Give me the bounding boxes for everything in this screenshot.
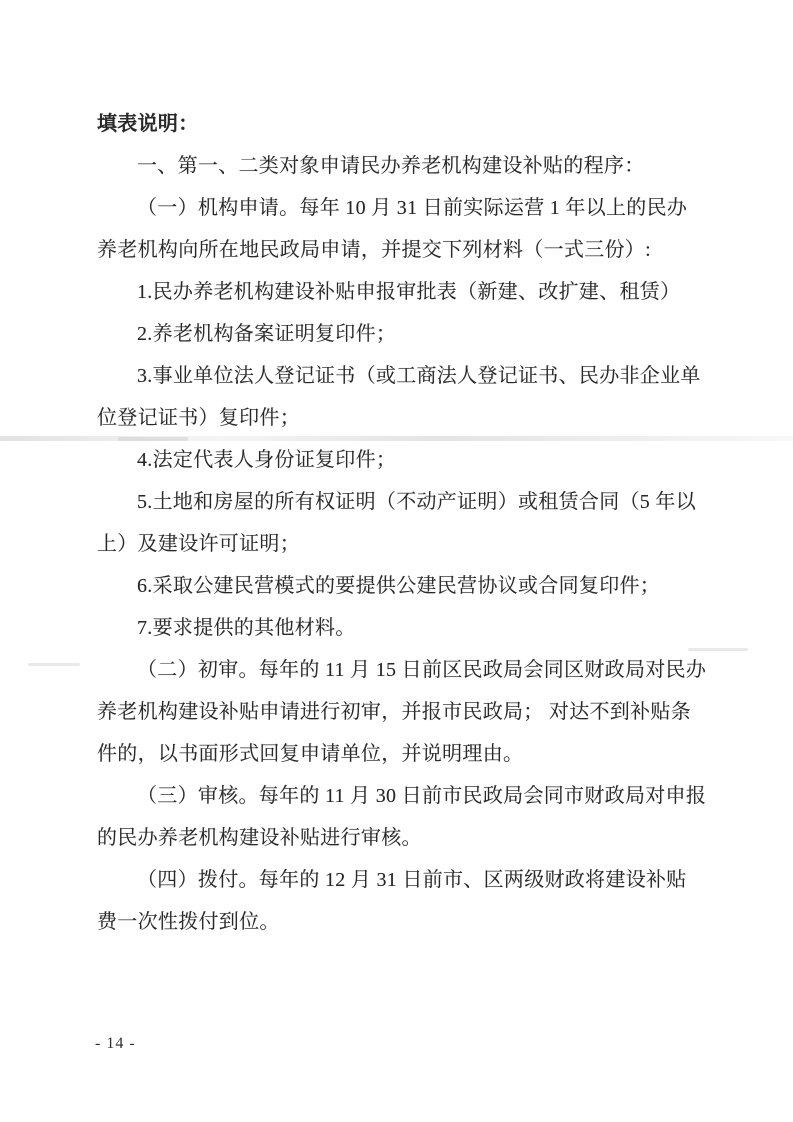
text-line: 养老机构建设补贴申请进行初审，并报市民政局； 对达不到补贴条: [97, 691, 717, 733]
text-line: 费一次性拨付到位。: [97, 901, 717, 943]
text-line: 6.采取公建民营模式的要提供公建民营协议或合同复印件；: [97, 565, 717, 607]
text-line: 养老机构向所在地民政局申请，并提交下列材料（一式三份）:: [97, 229, 717, 271]
document-page: 填表说明： 一、第一、二类对象申请民办养老机构建设补贴的程序： （一）机构申请。…: [0, 0, 793, 1122]
text-line: （一）机构申请。每年 10 月 31 日前实际运营 1 年以上的民办: [97, 187, 717, 229]
text-line: 的民办养老机构建设补贴进行审核。: [97, 817, 717, 859]
document-heading: 填表说明：: [97, 103, 717, 145]
text-line: 7.要求提供的其他材料。: [97, 607, 717, 649]
text-line: （四）拨付。每年的 12 月 31 日前市、区两级财政将建设补贴: [97, 859, 717, 901]
document-body: 填表说明： 一、第一、二类对象申请民办养老机构建设补贴的程序： （一）机构申请。…: [97, 103, 717, 943]
text-line: 1.民办养老机构建设补贴申报审批表（新建、改扩建、租赁）: [97, 271, 717, 313]
text-line: （三）审核。每年的 11 月 30 日前市民政局会同市财政局对申报: [97, 775, 717, 817]
text-line: 一、第一、二类对象申请民办养老机构建设补贴的程序：: [97, 145, 717, 187]
page-number: - 14 -: [95, 1035, 136, 1053]
text-line: 上）及建设许可证明；: [97, 523, 717, 565]
text-line: 4.法定代表人身份证复印件；: [97, 439, 717, 481]
scan-smudge: [28, 663, 80, 666]
text-line: 件的，以书面形式回复申请单位，并说明理由。: [97, 733, 717, 775]
text-line: 3.事业单位法人登记证书（或工商法人登记证书、民办非企业单: [97, 355, 717, 397]
text-line: 2.养老机构备案证明复印件；: [97, 313, 717, 355]
text-line: 位登记证书）复印件；: [97, 397, 717, 439]
text-line: （二）初审。每年的 11 月 15 日前区民政局会同区财政局对民办: [97, 649, 717, 691]
text-line: 5.土地和房屋的所有权证明（不动产证明）或租赁合同（5 年以: [97, 481, 717, 523]
